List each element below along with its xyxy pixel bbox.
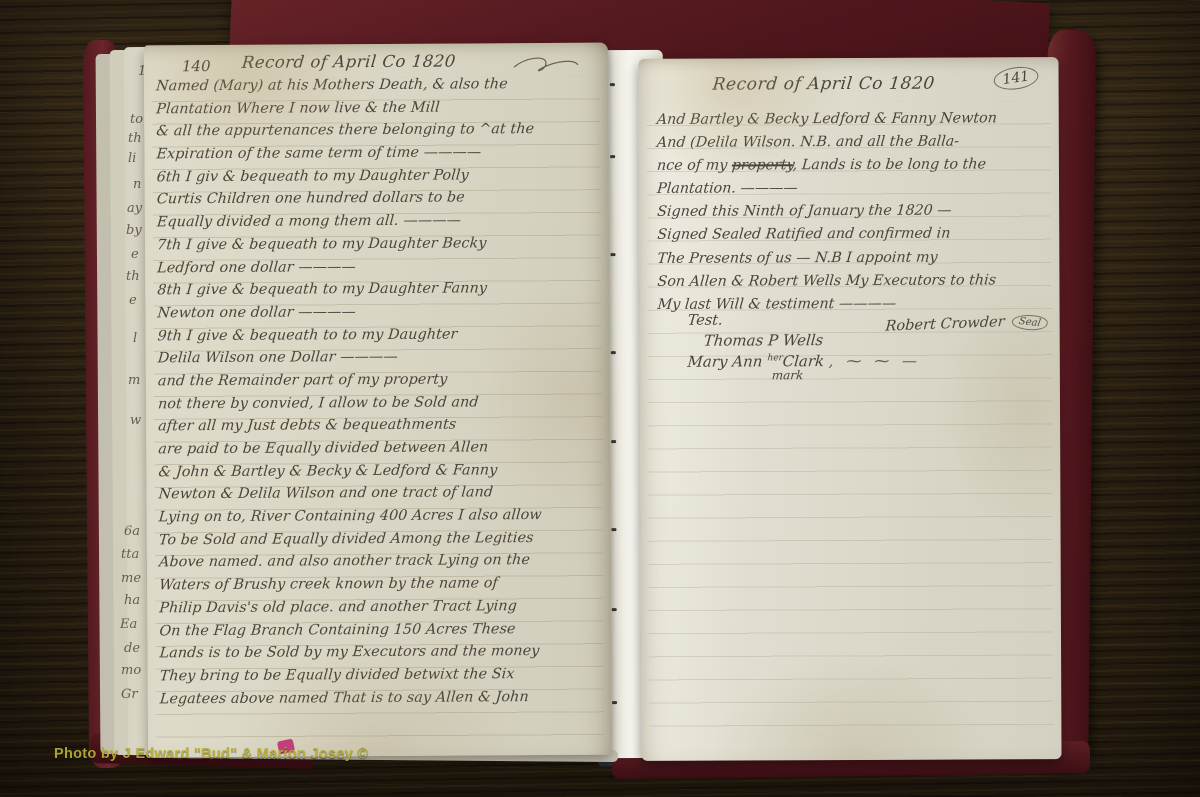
handwritten-line: are paid to be Equally divided between A…	[157, 436, 597, 461]
struck-word: property	[731, 157, 793, 173]
text-fragment: th	[126, 269, 140, 284]
handwritten-line: and the Remainder part of my property	[157, 368, 597, 393]
handwritten-line: Newton one dollar ————	[157, 300, 597, 325]
mark-label: mark	[687, 367, 922, 384]
handwritten-line: To be Sold and Equally divided Among the…	[158, 526, 598, 551]
binding-stitch	[611, 351, 616, 354]
left-page-title: Record of April Co 1820	[241, 52, 457, 72]
handwritten-line: And (Delila Wilson. N.B. and all the Bal…	[656, 130, 1052, 155]
handwritten-line: Son Allen & Robert Wells My Executors to…	[656, 269, 1052, 294]
text-fragment: ha	[124, 593, 140, 608]
text-fragment: 6a	[124, 524, 140, 539]
handwritten-line: Lying on to, River Containing 400 Acres …	[158, 504, 598, 529]
handwritten-line: 6th I giv & bequeath to my Daughter Poll…	[156, 163, 596, 188]
text-fragment: mo	[121, 663, 141, 678]
left-page-140: 140 Record of April Co 1820 Named (Mary)…	[144, 43, 612, 758]
handwritten-line: Signed Sealed Ratified and confirmed in	[656, 223, 1052, 248]
page-number-140: 140	[182, 57, 211, 75]
handwritten-line: Legatees above named That is to say Alle…	[159, 685, 599, 710]
right-page-header: Record of April Co 1820 141	[639, 71, 1059, 103]
handwritten-line: Waters of Brushy creek known by the name…	[158, 572, 598, 597]
handwritten-line: Named (Mary) at his Mothers Death, & als…	[155, 73, 595, 98]
text-fragment: de	[124, 641, 140, 656]
handwritten-line: Philip Davis's old place. and another Tr…	[158, 594, 598, 619]
lines-before-strike: And Bartley & Becky Ledford & Fanny Newt…	[657, 107, 1051, 155]
handwritten-line: 8th I give & bequeath to my Daughter Fan…	[156, 277, 596, 302]
strike-line: nce of my property, Lands is to be long …	[656, 153, 1052, 178]
binding-stitch	[610, 253, 615, 256]
text-fragment: m	[128, 373, 140, 388]
binding-stitch	[612, 701, 617, 704]
photograph-of-will-record-book: 1.tothlinaybyethelmw6attamehaEademoGr 14…	[0, 0, 1200, 797]
seal-badge: Seal	[1011, 313, 1049, 332]
handwritten-line: Ledford one dollar ————	[156, 254, 596, 279]
right-page-body-text: And Bartley & Becky Ledford & Fanny Newt…	[657, 107, 1052, 317]
binding-stitch	[611, 528, 616, 531]
text-fragment: tta	[121, 547, 139, 562]
witness-signature-2: Mary Ann herClark , ⁓ ⁓ —	[687, 350, 922, 368]
text-fragment: l	[133, 331, 137, 346]
handwritten-line: Lands is to be Sold by my Executors and …	[159, 640, 599, 665]
binding-stitch	[610, 83, 615, 86]
text-fragment: Gr	[121, 687, 138, 702]
binding-stitch	[612, 608, 617, 611]
handwritten-line: Expiration of the same term of time ————	[156, 141, 596, 166]
binding-stitch	[610, 155, 615, 158]
handwritten-line: Plantation. ————	[656, 176, 1052, 201]
lines-after-strike: Plantation. ————Signed this Ninth of Jan…	[657, 176, 1052, 316]
handwritten-line: Curtis Children one hundred dollars to b…	[156, 186, 596, 211]
handwritten-line: Signed this Ninth of January the 1820 —	[656, 199, 1052, 224]
text-fragment: th	[128, 131, 142, 146]
her-label: her	[767, 353, 783, 363]
testator-name: Robert Crowder	[885, 314, 1005, 335]
photographer-watermark: Photo by J Edward "Bud" & Marion Josey ©	[54, 746, 368, 762]
strike-line-post: , Lands is to be long to the	[792, 157, 987, 174]
handwritten-line: On the Flag Branch Containing 150 Acres …	[158, 617, 598, 642]
text-fragment: li	[128, 151, 136, 166]
text-fragment: by	[126, 223, 142, 238]
handwritten-line: Equally divided a mong them all. ————	[156, 209, 596, 234]
handwritten-line: not there by convied, I allow to be Sold…	[157, 390, 597, 415]
handwritten-line: Newton & Delila Wilson and one tract of …	[158, 481, 598, 506]
handwritten-line: They bring to be Equally divided betwixt…	[159, 663, 599, 688]
handwritten-line: after all my Just debts & bequeathments	[157, 413, 597, 438]
handwritten-line: & all the appurtenances there belonging …	[155, 118, 595, 143]
handwritten-line: 7th I give & bequeath to my Daughter Bec…	[156, 231, 596, 256]
text-fragment: to	[130, 112, 143, 127]
right-page-title: Record of April Co 1820	[712, 74, 936, 95]
handwritten-line: And Bartley & Becky Ledford & Fanny Newt…	[656, 107, 1052, 132]
handwritten-line: The Presents of us — N.B I appoint my	[656, 246, 1052, 271]
page-number-141: 141	[992, 64, 1039, 92]
text-fragment: w	[130, 413, 141, 428]
text-fragment: n	[133, 177, 141, 192]
handwritten-line: Above named. and also another track Lyin…	[158, 549, 598, 574]
text-fragment: Ea	[120, 617, 137, 632]
handwritten-line: & John & Bartley & Becky & Ledford & Fan…	[158, 458, 598, 483]
handwritten-line: Plantation Where I now live & the Mill	[155, 95, 595, 120]
text-fragment: e	[129, 293, 137, 308]
left-page-body-text: Named (Mary) at his Mothers Death, & als…	[156, 73, 598, 711]
handwritten-line: Delila Wilson one Dollar ————	[157, 345, 597, 370]
text-fragment: me	[121, 571, 141, 586]
text-fragment: e	[131, 247, 139, 262]
binding-stitch	[611, 440, 616, 443]
right-page-141: Record of April Co 1820 141 And Bartley …	[638, 57, 1061, 761]
strike-line-pre: nce of my	[656, 158, 732, 174]
handwritten-line: 9th I give & bequeath to to my Daughter	[157, 322, 597, 347]
text-fragment: ay	[127, 201, 142, 216]
